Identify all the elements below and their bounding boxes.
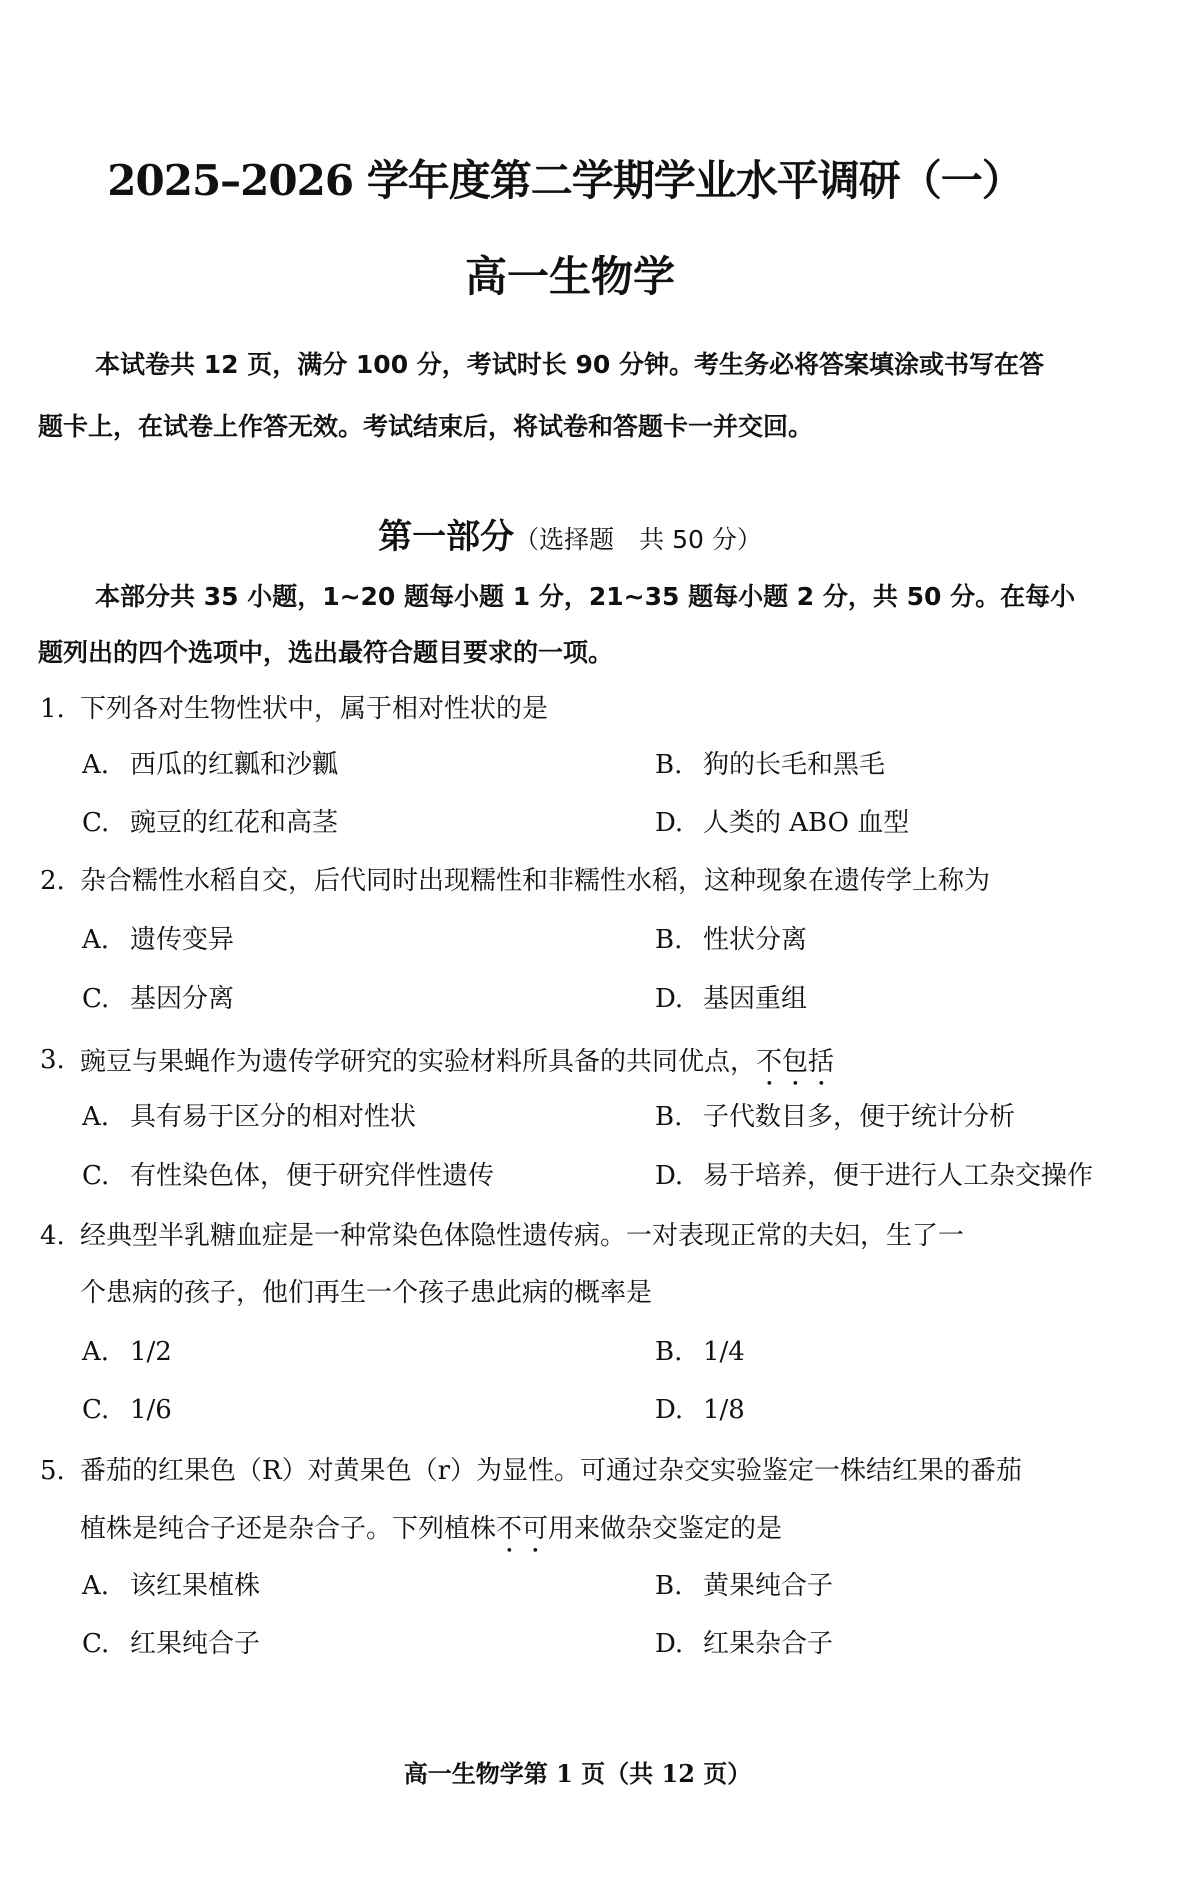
exam-instructions-line-2: 题卡上，在试卷上作答无效。考试结束后，将试卷和答题卡一并交回。 [38,414,813,439]
option-text: 1/8 [703,1395,745,1425]
option-c[interactable]: C.红果纯合子 [82,1631,260,1657]
option-c[interactable]: C.基因分离 [82,986,234,1012]
option-letter: B. [655,1339,703,1365]
question-stem: 下列各对生物性状中，属于相对性状的是 [80,696,548,722]
stem-text: 植株是纯合子还是杂合子。下列植株 [80,1514,496,1544]
option-b[interactable]: B.1/4 [655,1339,745,1365]
option-letter: D. [655,1397,703,1423]
option-text: 基因重组 [703,984,807,1014]
section-note: （选择题 共 50 分） [514,525,762,554]
option-letter: B. [655,752,703,778]
question-stem-line-1: 经典型半乳糖血症是一种常染色体隐性遗传病。一对表现正常的夫妇，生了一 [80,1223,964,1249]
option-text: 西瓜的红瓤和沙瓤 [130,750,338,780]
option-a[interactable]: A.该红果植株 [82,1573,260,1599]
question-number: 2. [40,868,65,894]
option-d[interactable]: D.易于培养，便于进行人工杂交操作 [655,1163,1093,1189]
option-letter: B. [655,927,703,953]
option-letter: B. [655,1573,703,1599]
question-number: 4. [40,1223,65,1249]
option-letter: C. [82,1631,130,1657]
option-d[interactable]: D.基因重组 [655,986,807,1012]
option-a[interactable]: A.1/2 [82,1339,172,1365]
option-letter: C. [82,1163,130,1189]
section-title: 第一部分 [378,517,514,557]
option-letter: C. [82,1397,130,1423]
option-letter: D. [655,986,703,1012]
option-d[interactable]: D.人类的 ABO 血型 [655,810,909,836]
option-d[interactable]: D.红果杂合子 [655,1631,833,1657]
option-text: 狗的长毛和黑毛 [703,750,885,780]
option-text: 红果杂合子 [703,1629,833,1659]
option-b[interactable]: B.狗的长毛和黑毛 [655,752,885,778]
exam-subject: 高一生物学 [0,256,1140,298]
option-letter: C. [82,810,130,836]
question-stem-line-1: 番茄的红果色（R）对黄果色（r）为显性。可通过杂交实验鉴定一株结红果的番茄 [80,1458,1022,1484]
option-text: 具有易于区分的相对性状 [130,1102,416,1132]
option-b[interactable]: B.子代数目多，便于统计分析 [655,1104,1015,1130]
option-text: 1/2 [130,1337,172,1367]
exam-title: 2025–2026 学年度第二学期学业水平调研（一） [0,160,1130,202]
option-c[interactable]: C.1/6 [82,1397,172,1423]
option-letter: D. [655,810,703,836]
option-text: 易于培养，便于进行人工杂交操作 [703,1161,1093,1191]
question-stem: 豌豆与果蝇作为遗传学研究的实验材料所具备的共同优点，不包括 [80,1047,834,1092]
option-text: 豌豆的红花和高茎 [130,808,338,838]
option-text: 有性染色体，便于研究伴性遗传 [130,1161,494,1191]
option-b[interactable]: B.黄果纯合子 [655,1573,833,1599]
option-c[interactable]: C.豌豆的红花和高茎 [82,810,338,836]
question-number: 3. [40,1047,65,1073]
question-stem-line-2: 植株是纯合子还是杂合子。下列植株不可用来做杂交鉴定的是 [80,1514,782,1559]
option-a[interactable]: A.具有易于区分的相对性状 [82,1104,416,1130]
question-number: 1. [40,696,65,722]
option-text: 1/6 [130,1395,172,1425]
question-stem-line-2: 个患病的孩子，他们再生一个孩子患此病的概率是 [80,1280,652,1306]
option-letter: D. [655,1163,703,1189]
option-text: 红果纯合子 [130,1629,260,1659]
option-letter: A. [82,752,130,778]
option-text: 性状分离 [703,925,807,955]
page-footer: 高一生物学第 1 页（共 12 页） [0,1762,1155,1786]
option-a[interactable]: A.西瓜的红瓤和沙瓤 [82,752,338,778]
section-instruction-line-1: 本部分共 35 小题，1~20 题每小题 1 分，21~35 题每小题 2 分，… [95,584,1075,609]
emphasized-text: 不可 [496,1514,548,1544]
option-text: 该红果植株 [130,1571,260,1601]
option-c[interactable]: C.有性染色体，便于研究伴性遗传 [82,1163,494,1189]
option-d[interactable]: D.1/8 [655,1397,745,1423]
question-stem: 杂合糯性水稻自交，后代同时出现糯性和非糯性水稻，这种现象在遗传学上称为 [80,868,990,894]
option-text: 黄果纯合子 [703,1571,833,1601]
exam-instructions-line-1: 本试卷共 12 页，满分 100 分，考试时长 90 分钟。考生务必将答案填涂或… [95,352,1044,377]
emphasized-text: 不包括 [756,1047,834,1077]
option-letter: A. [82,1339,130,1365]
option-b[interactable]: B.性状分离 [655,927,807,953]
option-letter: D. [655,1631,703,1657]
stem-text: 用来做杂交鉴定的是 [548,1514,782,1544]
option-text: 基因分离 [130,984,234,1014]
option-letter: A. [82,1573,130,1599]
option-a[interactable]: A.遗传变异 [82,927,234,953]
option-letter: A. [82,927,130,953]
section-heading: 第一部分（选择题 共 50 分） [0,520,1140,554]
option-letter: B. [655,1104,703,1130]
option-text: 人类的 ABO 血型 [703,808,909,838]
option-text: 子代数目多，便于统计分析 [703,1102,1015,1132]
option-text: 遗传变异 [130,925,234,955]
stem-text: 豌豆与果蝇作为遗传学研究的实验材料所具备的共同优点， [80,1047,756,1077]
option-letter: C. [82,986,130,1012]
question-number: 5. [40,1458,65,1484]
section-instruction-line-2: 题列出的四个选项中，选出最符合题目要求的一项。 [38,640,613,665]
option-text: 1/4 [703,1337,745,1367]
option-letter: A. [82,1104,130,1130]
